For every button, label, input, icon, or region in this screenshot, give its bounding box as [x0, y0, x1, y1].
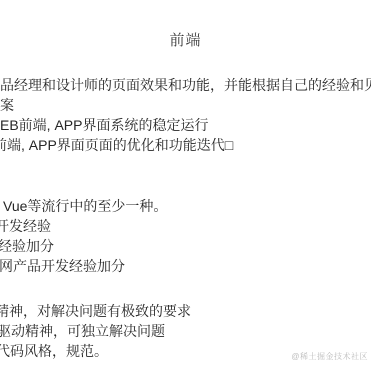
text-line: 案	[0, 95, 371, 115]
text-line: 品经理和设计师的页面效果和功能，并能根据自己的经验和见	[0, 75, 371, 95]
job-description-content: 品经理和设计师的页面效果和功能，并能根据自己的经验和见 案 EB前端, APP界…	[0, 75, 371, 361]
page-title: 前端	[0, 29, 371, 50]
text-line: 前端, APP界面页面的优化和功能迭代□	[0, 135, 371, 155]
text-line: Vue等流行中的至少一种。	[3, 196, 371, 216]
text-line: 网产品开发经验加分	[0, 256, 371, 276]
section-responsibilities: 品经理和设计师的页面效果和功能，并能根据自己的经验和见 案 EB前端, APP界…	[0, 75, 371, 155]
text-line: 经验加分	[0, 236, 371, 256]
text-line: 开发经验	[0, 216, 371, 236]
text-line: 驱动精神，可独立解决问题	[0, 321, 371, 341]
text-line: 精神，对解决问题有极致的要求	[0, 301, 371, 321]
text-line: EB前端, APP界面系统的稳定运行	[0, 115, 371, 135]
section-requirements: Vue等流行中的至少一种。 开发经验 经验加分 网产品开发经验加分	[0, 196, 371, 276]
watermark: @稀土掘金技术社区	[291, 351, 368, 362]
